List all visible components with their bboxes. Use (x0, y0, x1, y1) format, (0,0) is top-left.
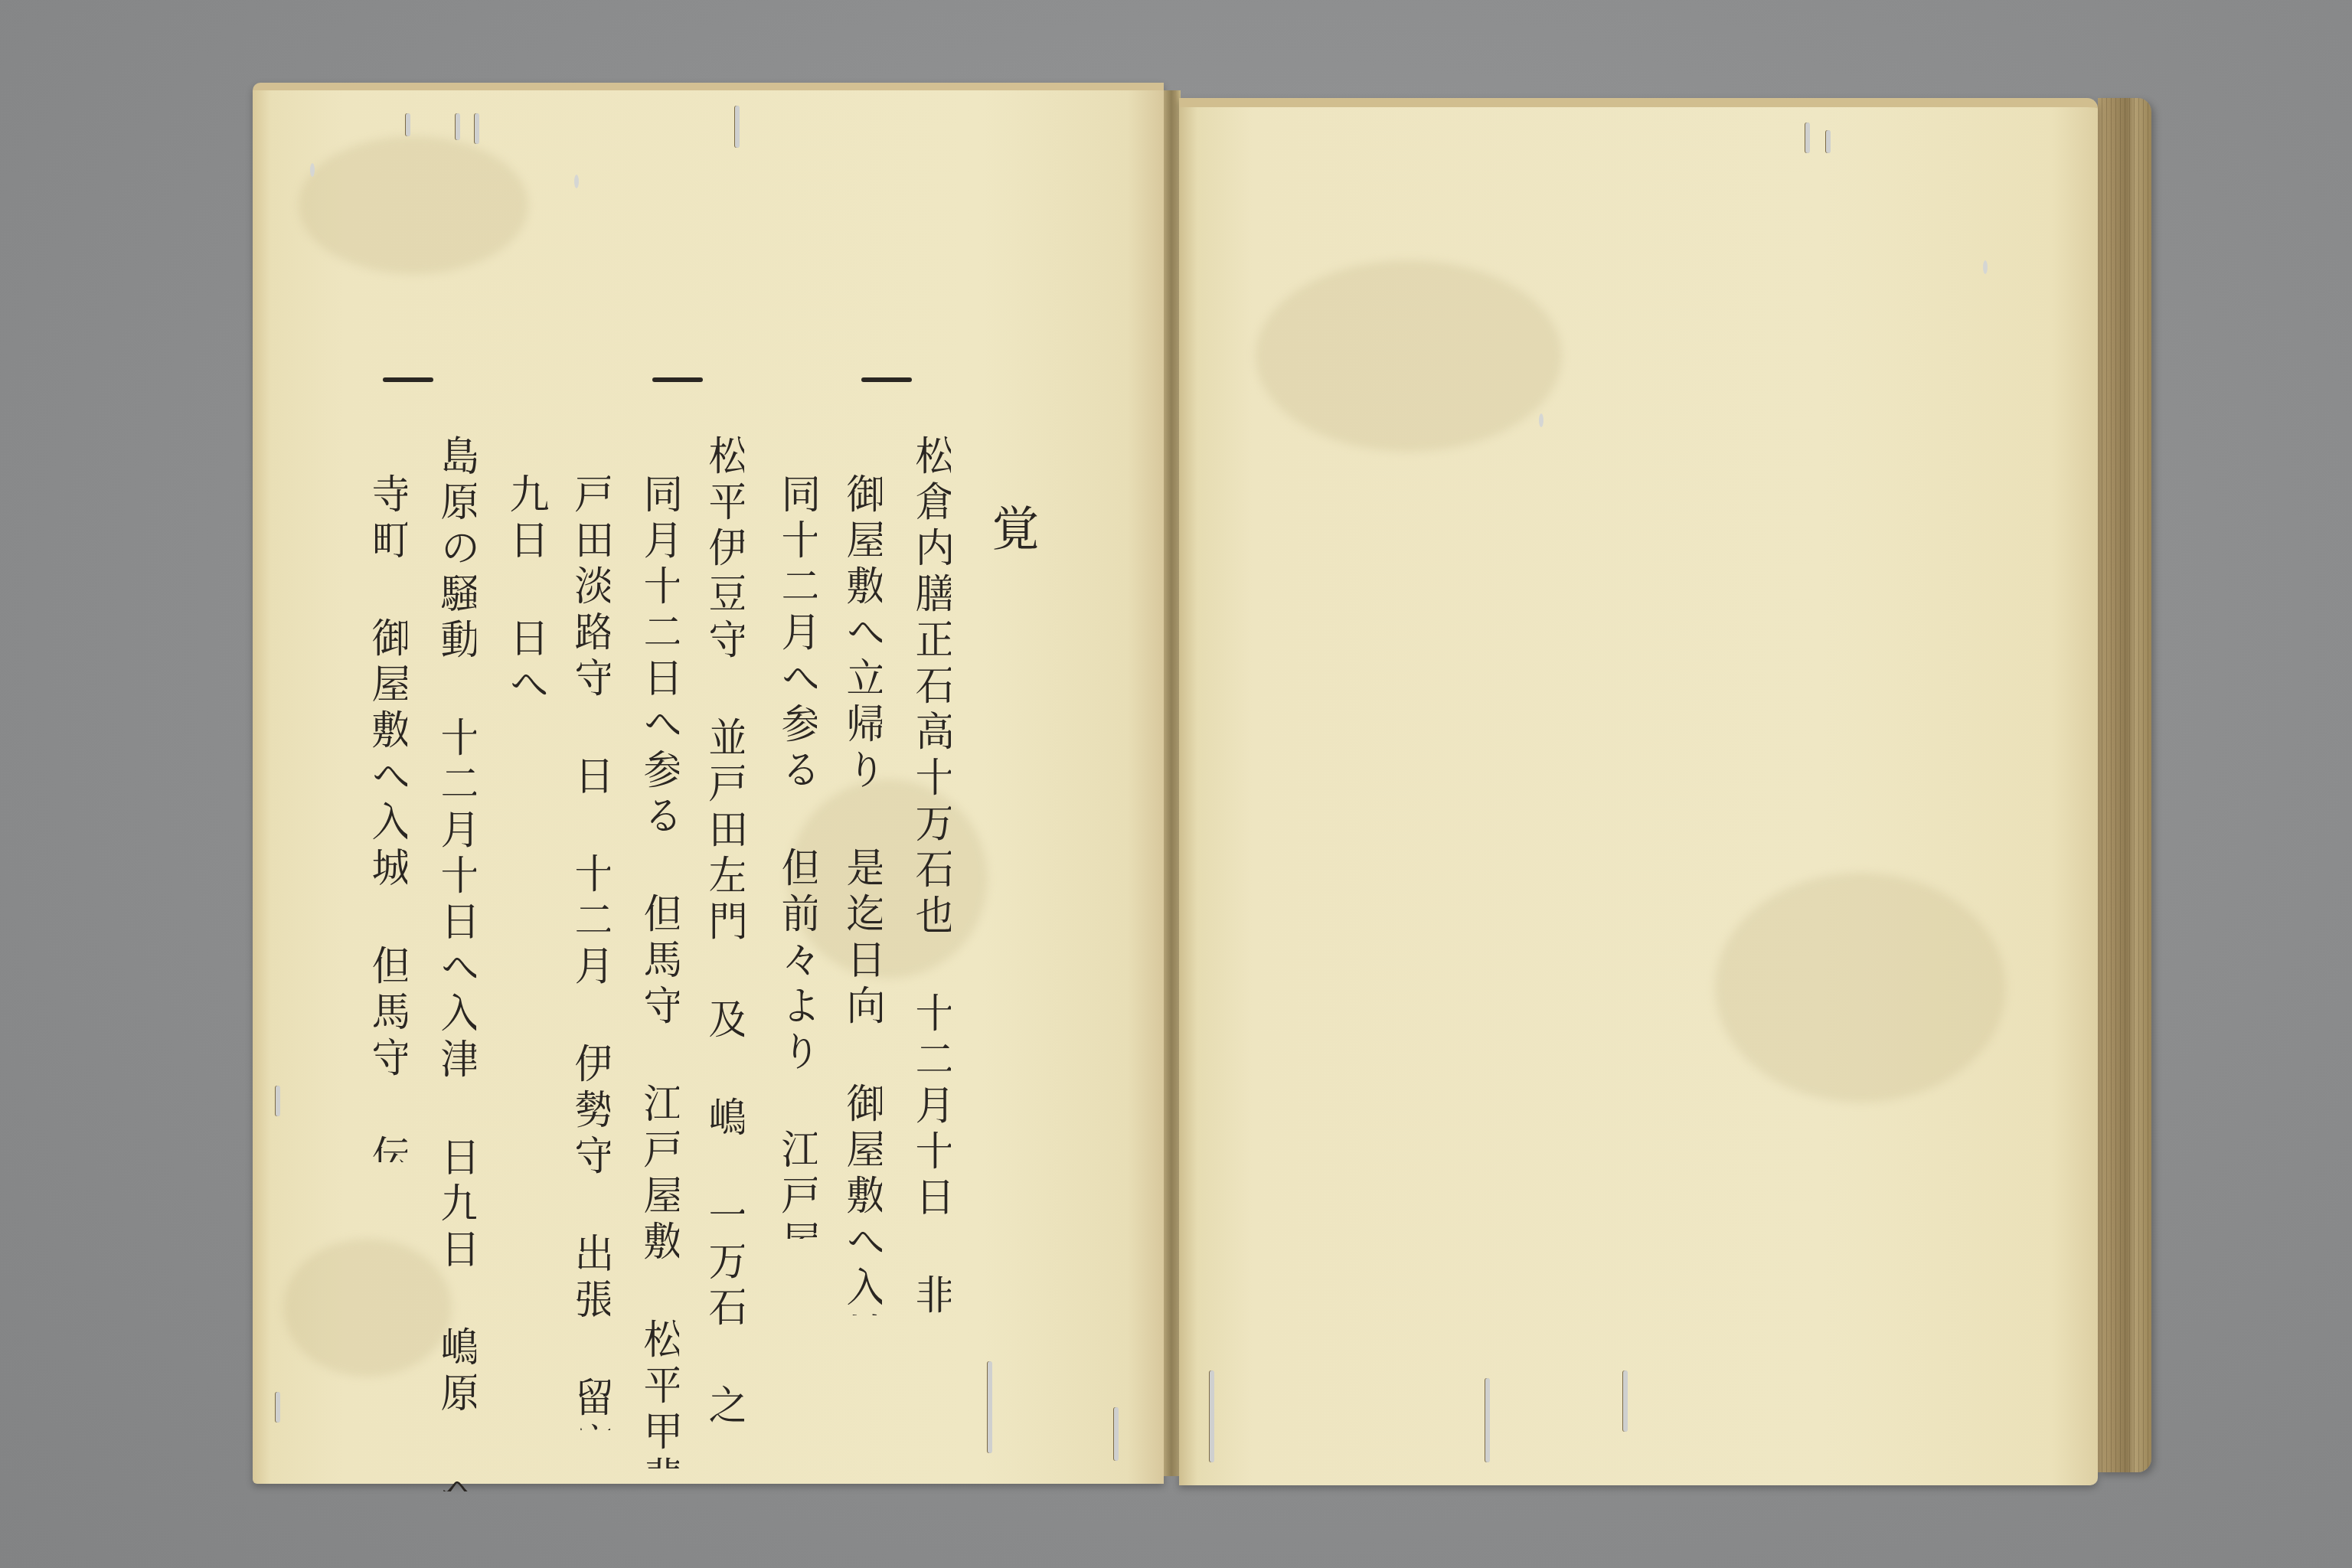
entry-marker-2 (652, 377, 703, 382)
worm-damage-mark (735, 106, 740, 148)
worm-damage-mark (1623, 1370, 1628, 1432)
entry-3-line-1: 島原の騒動 十二月十日へ入津 日九日 嶋原 へ立寄 永 同日 (436, 435, 476, 1491)
paper-stain (789, 779, 988, 978)
document-heading: 覚 (988, 504, 1035, 556)
right-page-blank (1179, 98, 2098, 1485)
worm-damage-mark (988, 1361, 992, 1453)
worm-damage-mark (456, 113, 460, 140)
entry-marker-3 (383, 377, 433, 382)
open-manuscript-book: 覚 松倉内膳正石高十万石也 十二月十日 非役 下総日向 御屋敷へ立帰り 是迄日向… (253, 83, 2151, 1484)
worm-damage-mark (1114, 1407, 1119, 1461)
worm-damage-mark (276, 1086, 280, 1116)
worm-damage-mark (1805, 122, 1810, 153)
worm-hole (574, 175, 579, 188)
entry-1-line-3: 同十二月へ参る 但前々より 江戸屋敷 松倉屋敷 水日へ (777, 473, 817, 1239)
paper-stain (283, 1239, 452, 1377)
worm-damage-mark (1210, 1370, 1214, 1462)
paper-stain (1256, 260, 1562, 452)
left-page: 覚 松倉内膳正石高十万石也 十二月十日 非役 下総日向 御屋敷へ立帰り 是迄日向… (253, 83, 1164, 1484)
entry-marker-1 (861, 377, 912, 382)
worm-hole (1539, 413, 1543, 427)
worm-damage-mark (406, 113, 410, 136)
paper-stain (299, 136, 528, 274)
paper-stain (1715, 873, 2006, 1102)
entry-2-line-4: 九日 日へ (505, 473, 545, 709)
entry-2-line-3: 戸田淡路守 日 十二月 伊勢守 出張 留守 是迄 江戸 十二月 (570, 473, 610, 1430)
entry-2-line-1: 松平伊豆守 並戸田左門 及 嶋 一万石 之 内 屋敷へ入津 (704, 435, 744, 1468)
worm-damage-mark (475, 113, 479, 144)
entry-3-line-2: 寺町 御屋敷へ入城 但馬守 伝え 同日 取 (367, 473, 407, 1162)
worm-damage-mark (276, 1392, 280, 1423)
worm-hole (1983, 260, 1988, 274)
worm-damage-mark (1485, 1378, 1490, 1462)
book-gutter (1164, 90, 1181, 1476)
page-edge-stack (2098, 98, 2151, 1472)
entry-1-line-1: 松倉内膳正石高十万石也 十二月十日 非役 下総日向 (911, 435, 951, 1315)
entry-1-line-2: 御屋敷へ立帰り 是迄日向 御屋敷へ入城 日八日御屋敷 (842, 473, 882, 1315)
worm-hole (310, 163, 315, 177)
worm-damage-mark (1826, 130, 1831, 153)
entry-2-line-2: 同月十二日へ参る 但馬守 江戸屋敷 松平甲斐守 (639, 473, 679, 1468)
